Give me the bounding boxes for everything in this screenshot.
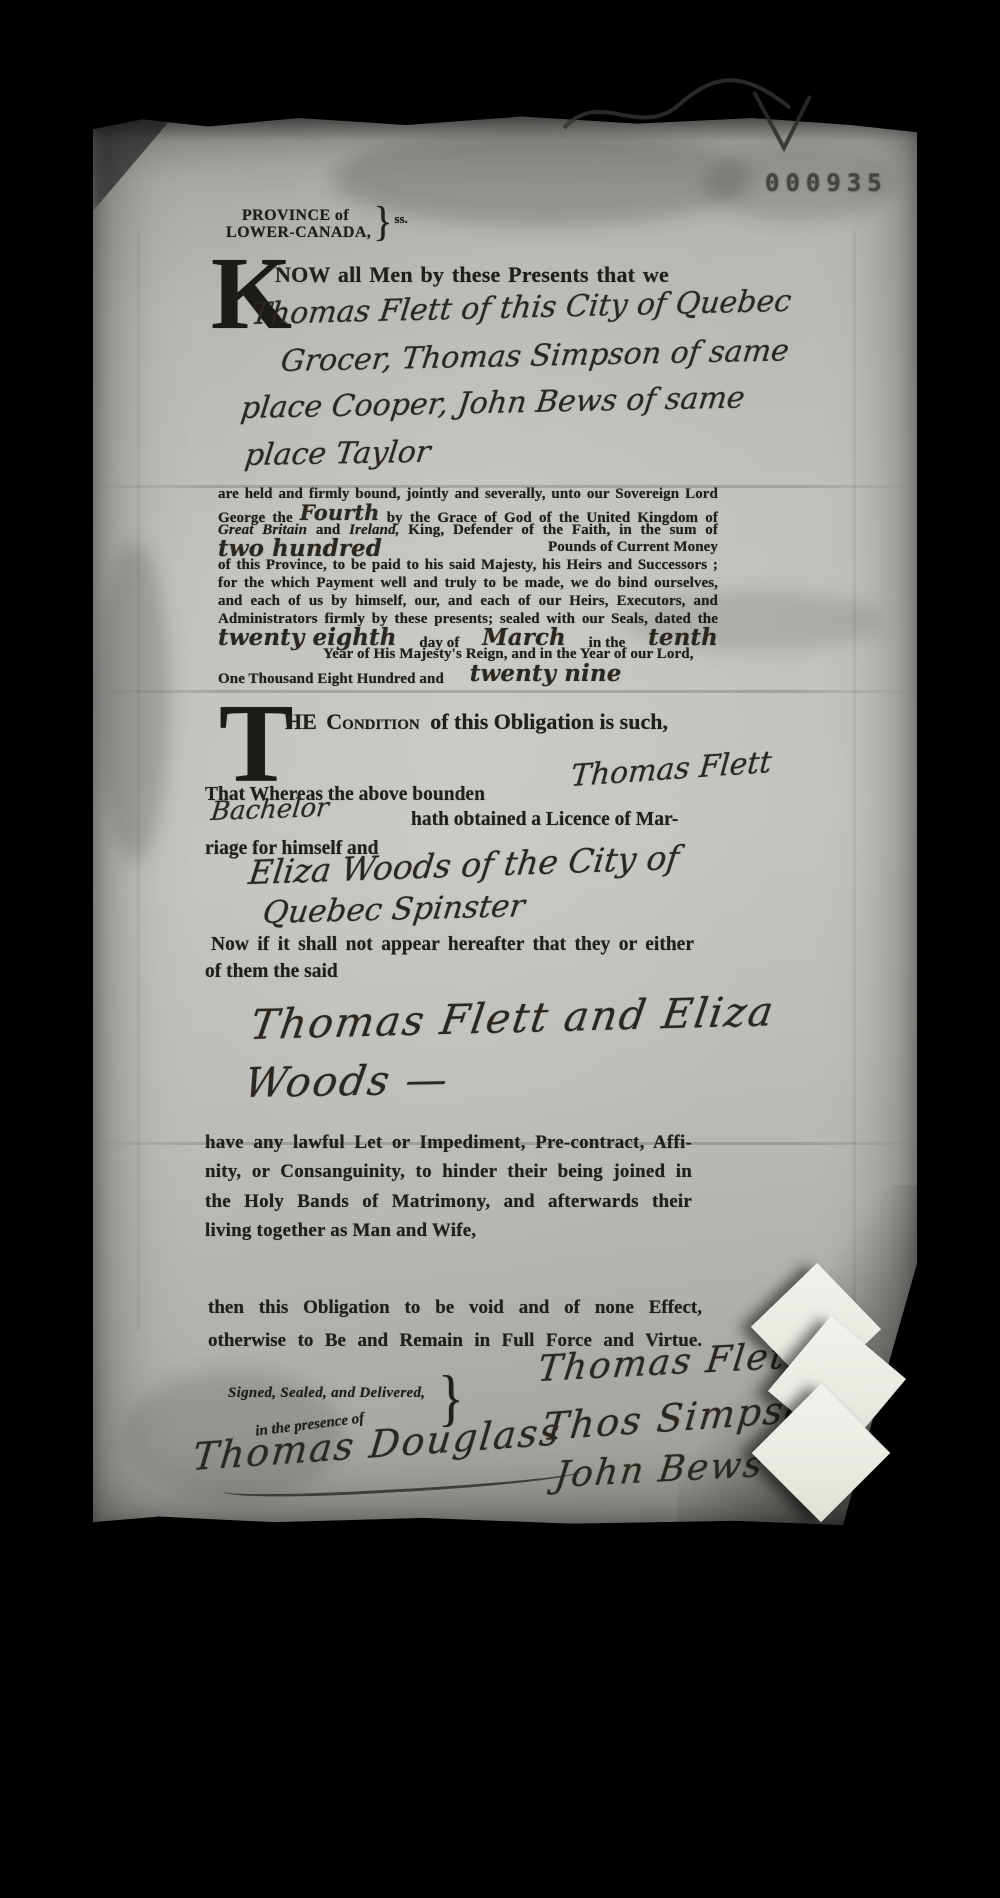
condition-heading: HE Condition of this Obligation is such, xyxy=(285,709,668,735)
handwritten-insert-year: twenty nine xyxy=(470,660,622,687)
opening-heading: NOW all Men by these Presents that we xyxy=(275,262,669,288)
scanned-document-page: 000935 PROVINCE of LOWER-CANADA, } ss. K… xyxy=(0,0,1000,1898)
jurat-ss-abbr: ss. xyxy=(394,211,407,227)
obligation-line: George the Fourth by the Grace of God of… xyxy=(218,504,718,522)
handwritten-insert-sum: two hundred xyxy=(218,537,382,555)
impediment-line: nity, or Consanguinity, to hinder their … xyxy=(205,1157,692,1186)
handwritten-couple-line2: Woods — xyxy=(241,1055,453,1107)
party-signature-3: John Bews xyxy=(552,1444,766,1496)
obligation-line: and each of us by himself, our, and each… xyxy=(218,593,718,611)
handwritten-bride-line2: Quebec Spinster xyxy=(261,888,527,931)
void-clause-line: then this Obligation to be void and of n… xyxy=(208,1291,702,1324)
obligation-line: of this Province, to be paid to his said… xyxy=(218,557,718,575)
impediment-line: have any lawful Let or Impediment, Pre-c… xyxy=(205,1128,692,1157)
top-left-fold-shadow xyxy=(93,111,178,211)
handwritten-party-line: place Cooper, John Bews of same xyxy=(239,380,747,426)
obligation-paragraph: are held and firmly bound, jointly and s… xyxy=(218,486,718,682)
pen-flourish xyxy=(558,70,828,162)
obligation-line: One Thousand Eight Hundred and twenty ni… xyxy=(218,664,718,682)
impediment-line: the Holy Bands of Matrimony, and afterwa… xyxy=(205,1187,692,1216)
now-clause-line1: Now if it shall not appear hereafter tha… xyxy=(211,931,694,958)
condition-heading-text: HE xyxy=(285,709,317,734)
handwritten-party-line: place Taylor xyxy=(243,435,433,473)
handwritten-groom-name: Thomas Flett xyxy=(569,745,773,794)
handwritten-party-line: Grocer, Thomas Simpson of same xyxy=(279,333,791,379)
jurat-brace: } xyxy=(373,204,392,240)
now-clause-line2: of them the said xyxy=(205,958,338,985)
condition-heading-text: of this Obligation is such, xyxy=(430,709,668,734)
obligation-line: two hundred Pounds of Current Money xyxy=(218,539,718,557)
obligation-line: for the which Payment well and truly to … xyxy=(218,575,718,593)
stain xyxy=(99,541,169,861)
condition-heading-smallcaps: Condition xyxy=(326,709,419,734)
obligation-line: are held and firmly bound, jointly and s… xyxy=(218,486,718,504)
dropcap-t: T xyxy=(219,701,294,788)
handwritten-party-line: Thomas Flett of this City of Quebec xyxy=(249,284,793,332)
obligation-line: twenty eighth day of March in the tenth xyxy=(218,628,718,646)
handwritten-groom-status: Bachelor xyxy=(209,793,330,827)
impediment-line: living together as Man and Wife, xyxy=(205,1216,692,1245)
obligation-line: Year of His Majesty's Reign, and in the … xyxy=(218,646,718,664)
fold-crease xyxy=(93,690,917,693)
obligation-text: Pounds of Current Money xyxy=(548,539,718,557)
licence-line1: hath obtained a Licence of Mar- xyxy=(411,806,678,833)
handwritten-couple-line1: Thomas Flett and Eliza xyxy=(247,987,778,1049)
impediment-paragraph: have any lawful Let or Impediment, Pre-c… xyxy=(205,1128,692,1246)
jurat-line1: PROVINCE of xyxy=(226,207,371,224)
serial-number-stamp: 000935 xyxy=(765,169,888,197)
vertical-crease xyxy=(853,231,856,1331)
obligation-text: King, Defender of the Faith, in the sum … xyxy=(408,522,718,538)
attestation-line1: Signed, Sealed, and Delivered, xyxy=(228,1385,425,1402)
